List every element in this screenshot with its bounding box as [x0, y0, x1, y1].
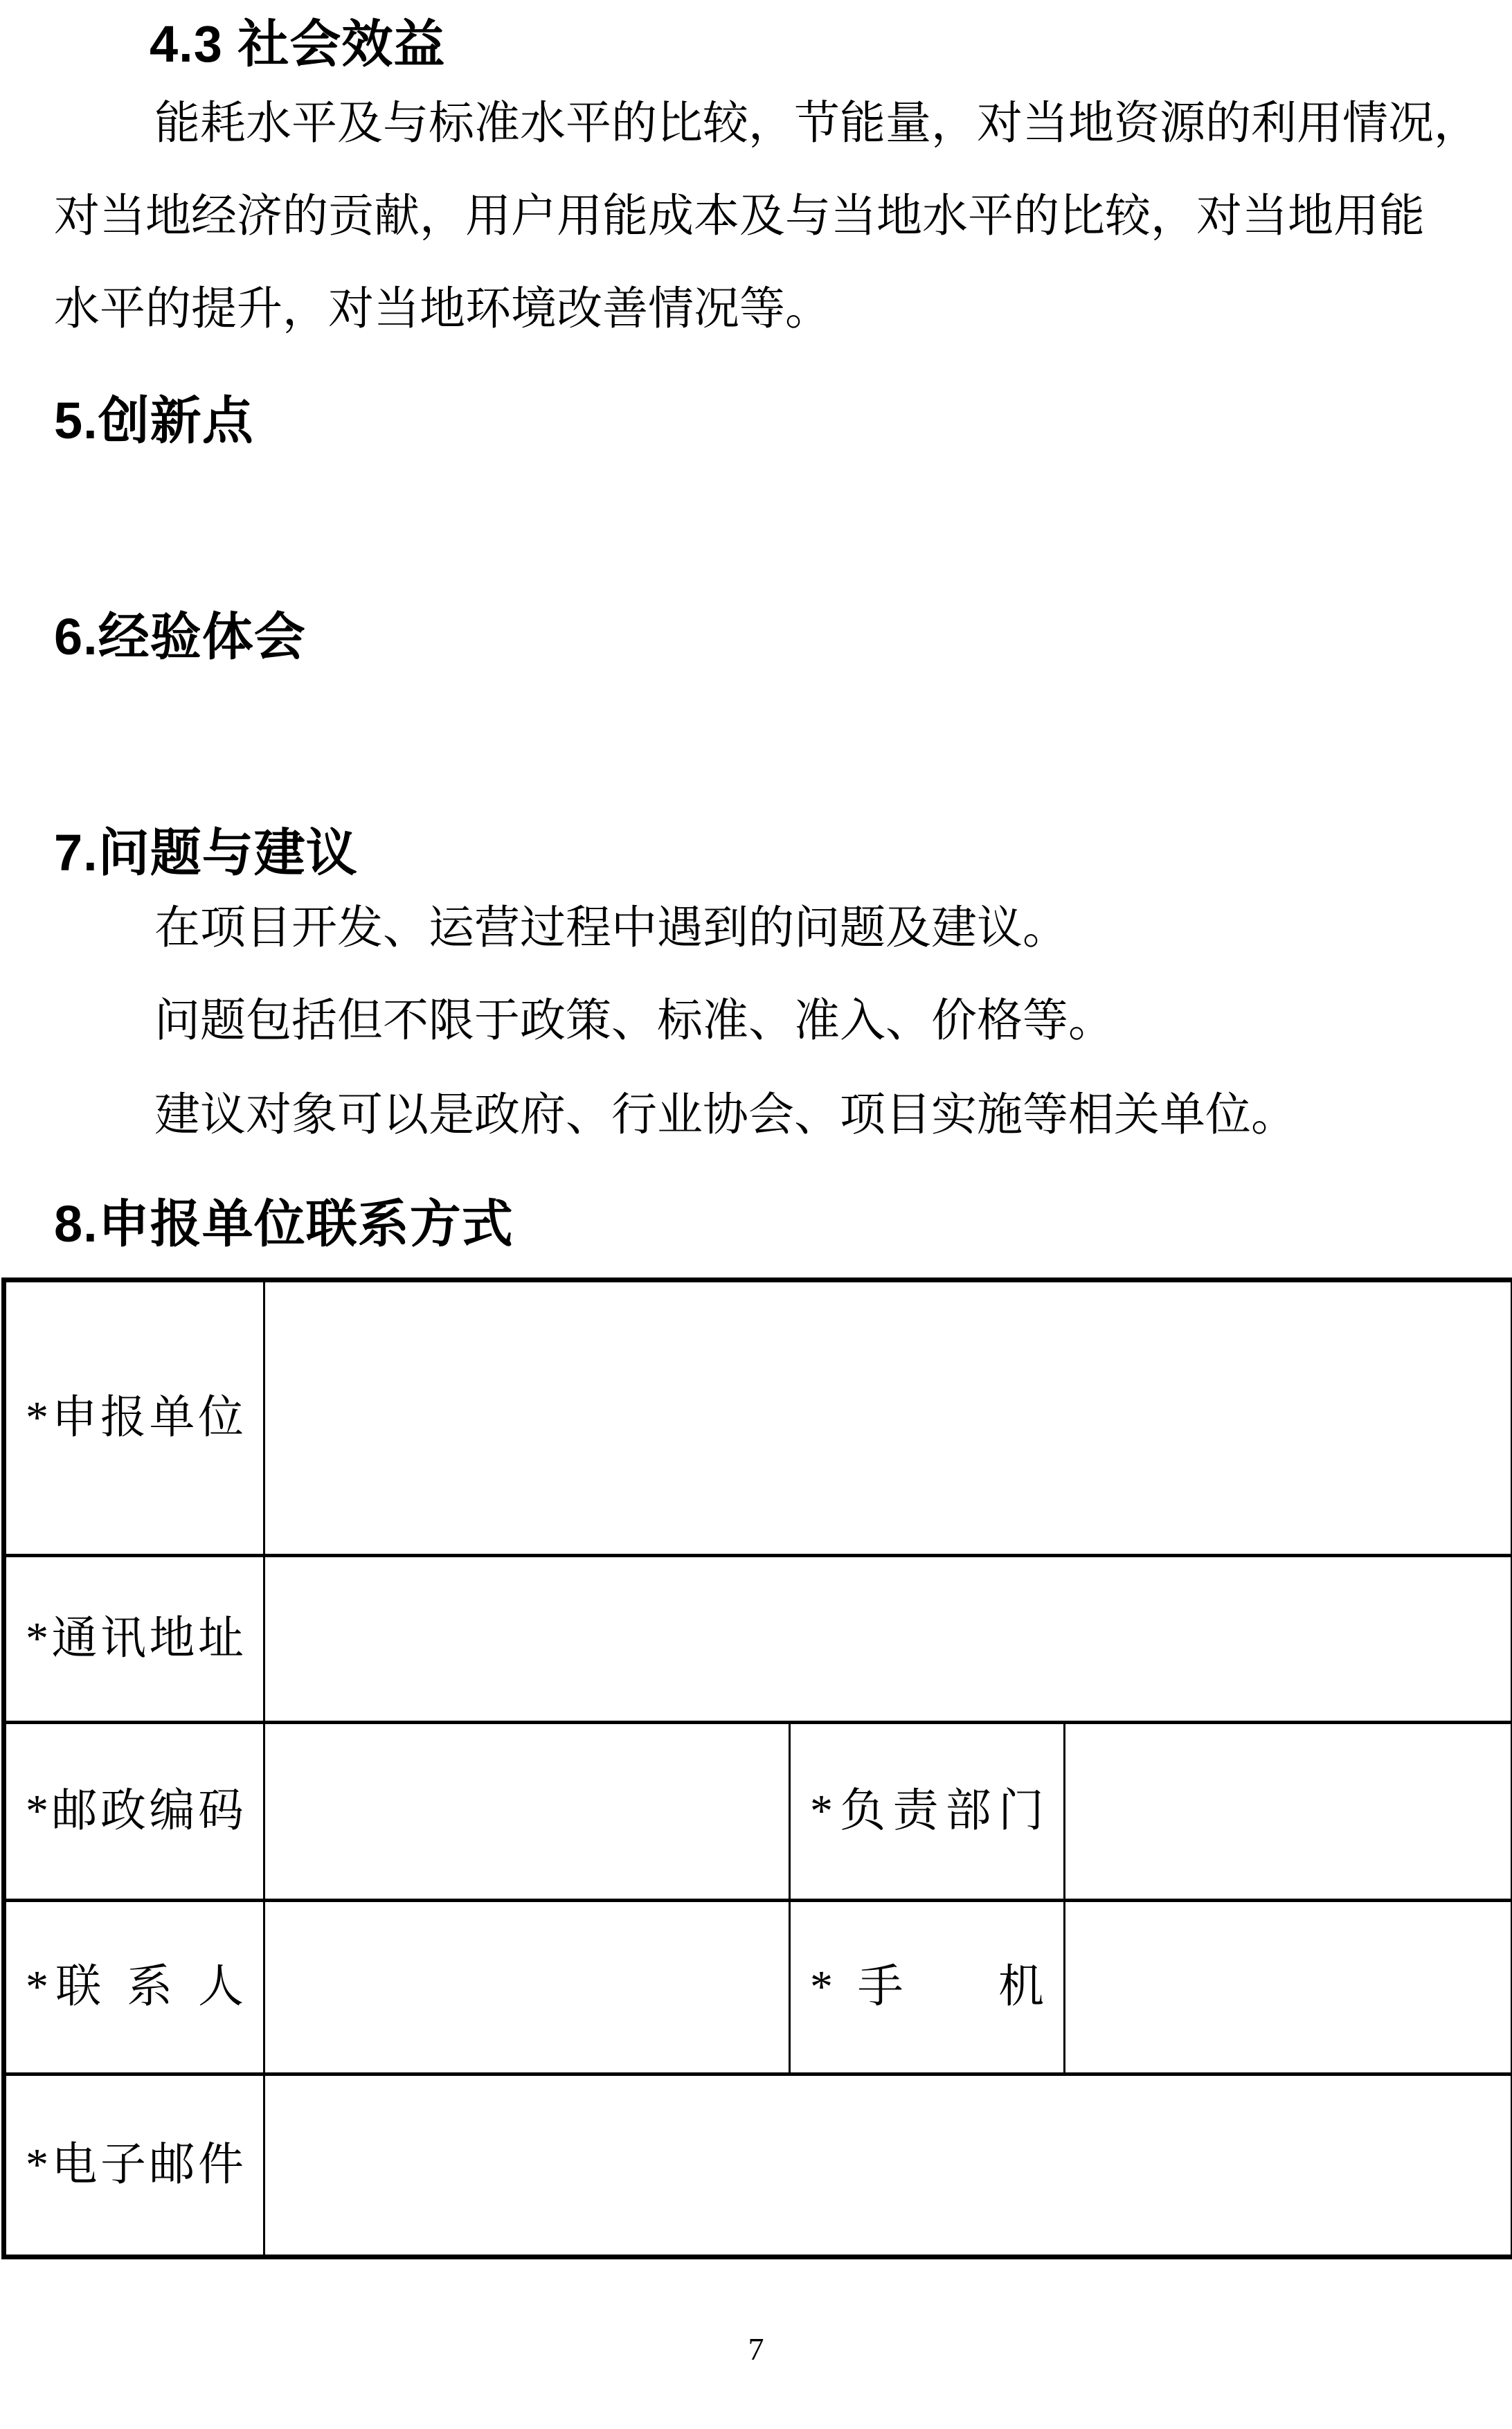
heading-4-3: 4.3 社会效益 — [150, 17, 445, 72]
paragraph-4-3-line1: 能耗水平及与标准水平的比较，节能量，对当地资源的利用情况， — [154, 98, 1479, 150]
postcode-label-cell: *邮政编码 — [4, 1723, 264, 1901]
contact-person-field[interactable] — [264, 1901, 790, 2074]
paragraph-7-line2: 问题包括但不限于政策、标准、准入、价格等。 — [154, 996, 1114, 1047]
contact-person-label-cell: *联 系 人 — [4, 1901, 264, 2074]
email-field[interactable] — [264, 2074, 1512, 2257]
department-label: *负责部门 — [791, 1784, 1063, 1838]
department-label-cell: *负责部门 — [790, 1723, 1065, 1901]
table-row: *通讯地址 — [4, 1556, 1512, 1723]
paragraph-7-line3: 建议对象可以是政府、行业协会、项目实施等相关单位。 — [154, 1090, 1297, 1141]
table-row: *申报单位 — [4, 1280, 1512, 1556]
address-label: *通讯地址 — [6, 1611, 263, 1666]
table-row: *联 系 人 *手 机 — [4, 1901, 1512, 2074]
contact-person-label: *联 系 人 — [6, 1960, 263, 2014]
heading-7: 7.问题与建议 — [54, 825, 358, 881]
heading-6: 6.经验体会 — [54, 609, 306, 665]
paragraph-4-3-line2: 对当地经济的贡献，用户用能成本及与当地水平的比较，对当地用能 — [54, 191, 1425, 242]
mobile-field[interactable] — [1065, 1901, 1512, 2074]
paragraph-4-3-line3: 水平的提升，对当地环境改善情况等。 — [54, 284, 831, 335]
heading-8: 8.申报单位联系方式 — [54, 1196, 514, 1252]
declare-unit-label-cell: *申报单位 — [4, 1280, 264, 1556]
table-row: *电子邮件 — [4, 2074, 1512, 2257]
contact-table: *申报单位 *通讯地址 *邮政编码 *负责部门 — [1, 1278, 1512, 2259]
paragraph-7-line1: 在项目开发、运营过程中遇到的问题及建议。 — [154, 903, 1068, 954]
declare-unit-label: *申报单位 — [6, 1390, 263, 1445]
mobile-label: *手 机 — [791, 1960, 1063, 2014]
page-number: 7 — [0, 2331, 1512, 2367]
email-label-cell: *电子邮件 — [4, 2074, 264, 2257]
declare-unit-field[interactable] — [264, 1280, 1512, 1556]
email-label: *电子邮件 — [6, 2137, 263, 2192]
address-label-cell: *通讯地址 — [4, 1556, 264, 1723]
heading-5: 5.创新点 — [54, 393, 254, 449]
contact-table-wrapper: *申报单位 *通讯地址 *邮政编码 *负责部门 — [1, 1278, 1511, 2259]
postcode-label: *邮政编码 — [6, 1784, 263, 1838]
address-field[interactable] — [264, 1556, 1512, 1723]
mobile-label-cell: *手 机 — [790, 1901, 1065, 2074]
department-field[interactable] — [1065, 1723, 1512, 1901]
table-row: *邮政编码 *负责部门 — [4, 1723, 1512, 1901]
document-page: 4.3 社会效益 能耗水平及与标准水平的比较，节能量，对当地资源的利用情况， 对… — [0, 0, 1512, 2429]
postcode-field[interactable] — [264, 1723, 790, 1901]
